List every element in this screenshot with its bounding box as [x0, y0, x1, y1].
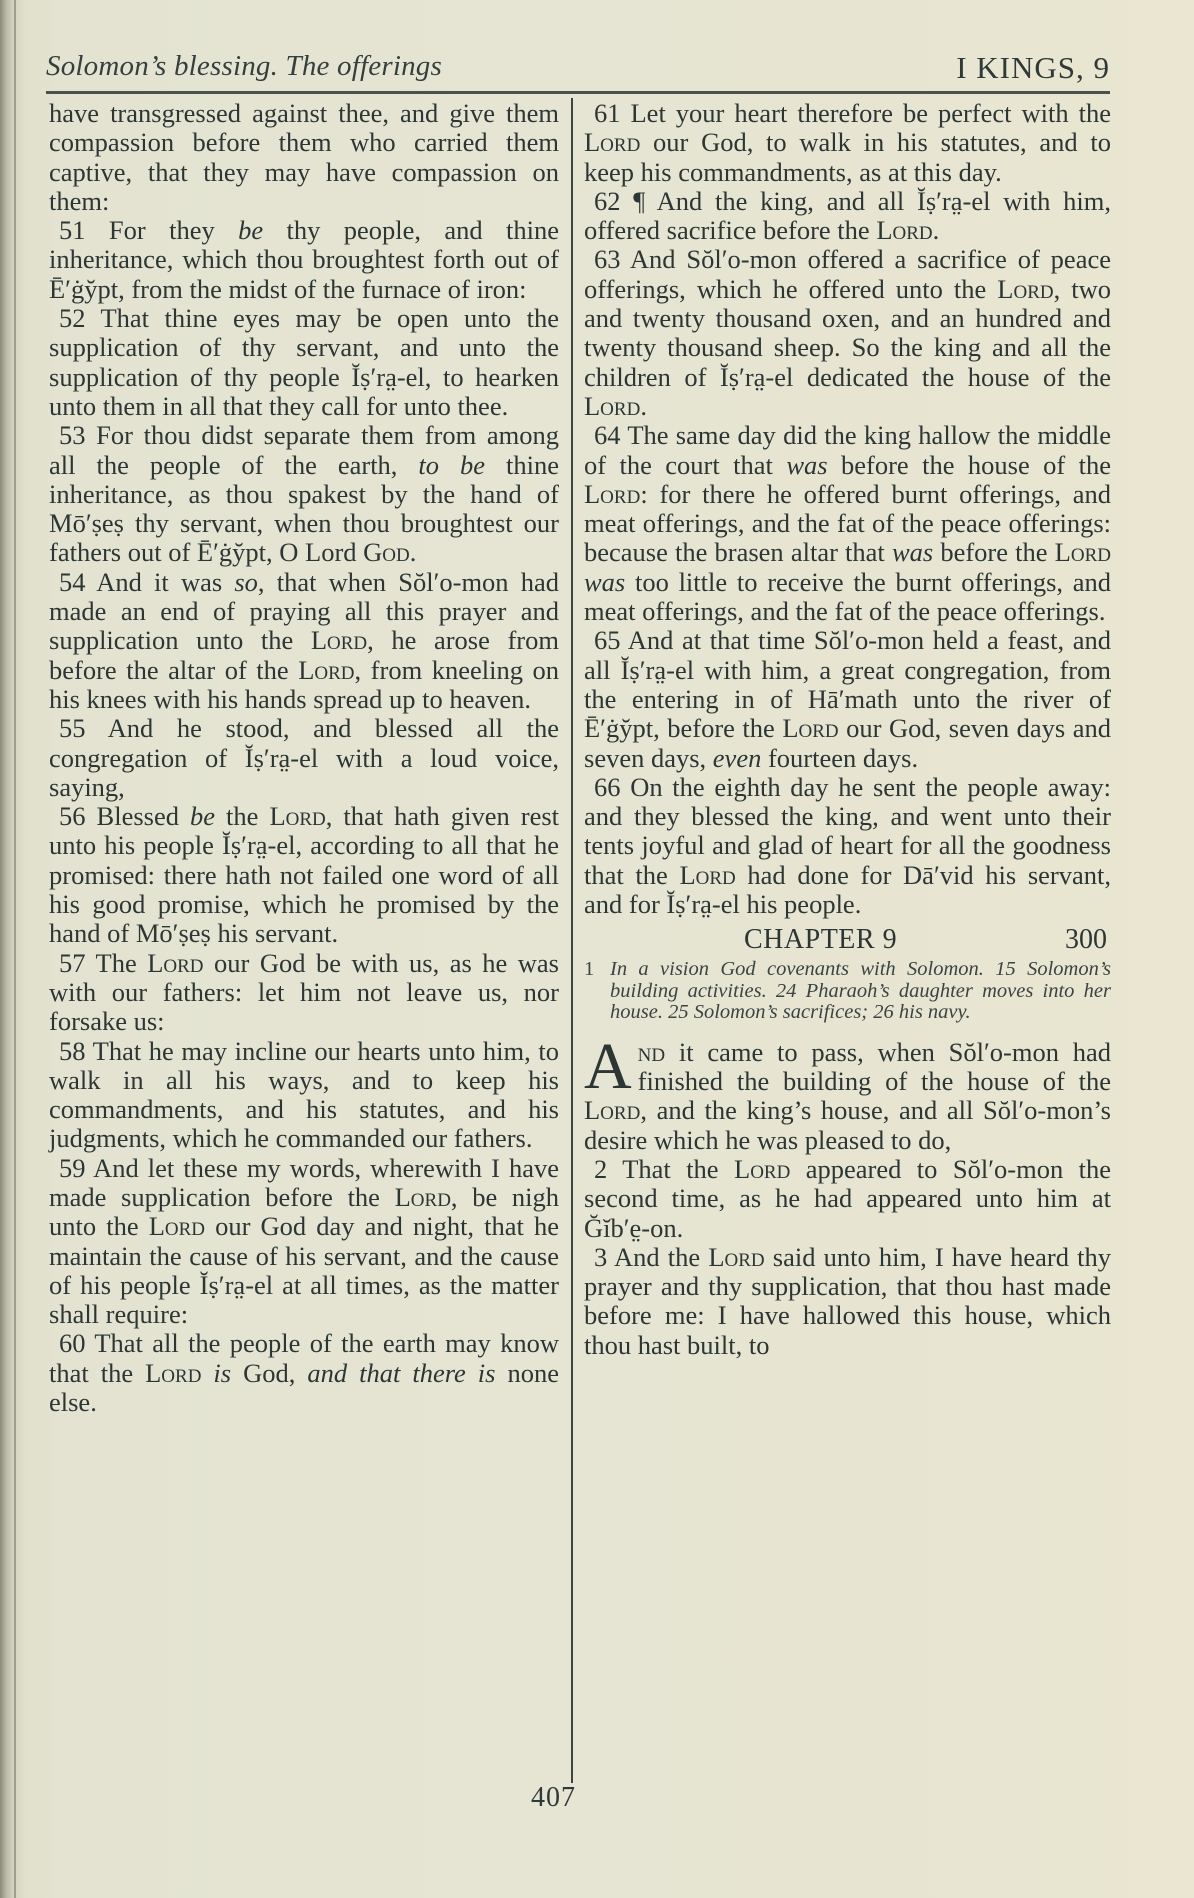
verse: 2 That the Lord appeared to Sŏl′o-mon th… — [584, 1155, 1111, 1243]
chapter-title: CHAPTER 9 — [744, 925, 897, 954]
verse-text: And the — [614, 1242, 708, 1272]
small-caps-divine-name: Lord — [395, 1182, 451, 1212]
binding-gutter — [14, 0, 16, 1898]
italic-supplied-word: and that there is — [307, 1358, 495, 1388]
italic-supplied-word: be — [190, 801, 215, 831]
verse: 59 And let these my words, wherewith I h… — [49, 1154, 559, 1330]
verse: 64 The same day did the king hallow the … — [584, 421, 1111, 626]
verse-number: 3 — [594, 1242, 614, 1272]
verse-number: 62 — [594, 186, 633, 216]
verse-text: before the house of the — [828, 450, 1111, 480]
verse: 55 And he stood, and blessed all the con… — [49, 714, 559, 802]
drop-cap-rest: nd — [638, 1037, 665, 1067]
verse-number: 64 — [594, 420, 627, 450]
verse-text: God, — [231, 1358, 307, 1388]
verse-number: 56 — [59, 801, 97, 831]
chapter-verse-1: And it came to pass, when Sŏl′o-mon had … — [584, 1038, 1111, 1155]
chapter-summary: 1In a vision God covenants with Solomon.… — [584, 959, 1111, 1024]
verse-text: our God, to walk in his statutes, and to… — [584, 127, 1111, 186]
small-caps-divine-name: Lord — [679, 860, 735, 890]
verse-text: , and the king’s house, and all Sŏl′o-mo… — [584, 1095, 1111, 1154]
verse: 52 That thine eyes may be open unto the … — [49, 304, 559, 421]
italic-supplied-word: is — [213, 1358, 231, 1388]
verse: 61 Let your heart therefore be perfect w… — [584, 99, 1111, 187]
italic-supplied-word: be — [238, 215, 263, 245]
small-caps-divine-name: Lord — [876, 215, 932, 245]
verse: 62 ¶ And the king, and all Ĭṣ′ra̤-el wit… — [584, 187, 1111, 246]
verse: 66 On the eighth day he sent the people … — [584, 773, 1111, 919]
verse-number: 58 — [59, 1036, 93, 1066]
italic-supplied-word: was — [786, 450, 827, 480]
verse-text: The — [96, 948, 148, 978]
left-column: have transgressed against thee, and give… — [49, 99, 559, 1417]
verse-list: 51 For they be thy people, and thine inh… — [49, 216, 559, 1417]
verse-text: That thine eyes may be open unto the sup… — [49, 303, 559, 421]
verse: 63 And Sŏl′o-mon offered a sacrifice of … — [584, 245, 1111, 421]
verse: 58 That he may incline our hearts unto h… — [49, 1037, 559, 1154]
verse-number: 55 — [59, 713, 108, 743]
small-caps-divine-name: Lord — [584, 127, 640, 157]
verse: 3 And the Lord said unto him, I have hea… — [584, 1243, 1111, 1360]
running-title: Solomon’s blessing. The offerings — [46, 50, 442, 83]
verse: 57 The Lord our God be with us, as he wa… — [49, 949, 559, 1037]
header-rule — [46, 91, 1110, 94]
verse-text: before the — [933, 537, 1054, 567]
small-caps-divine-name: Lord — [734, 1154, 790, 1184]
verse-text: And it was — [96, 567, 234, 597]
verse-number: 63 — [594, 244, 630, 274]
small-caps-divine-name: Lord — [269, 801, 325, 831]
verse-number: 51 — [59, 215, 109, 245]
verse-list: 61 Let your heart therefore be perfect w… — [584, 99, 1111, 919]
summary-lead-number: 1 — [584, 959, 610, 981]
verse-text: For they — [109, 215, 238, 245]
small-caps-divine-name: Lord — [147, 948, 203, 978]
italic-supplied-word: even — [713, 743, 762, 773]
page-number: 407 — [531, 1782, 576, 1814]
verse-number: 66 — [594, 772, 630, 802]
book-chapter-label: I KINGS, 9 — [956, 50, 1110, 86]
small-caps-divine-name: God — [363, 537, 410, 567]
verse-text: too little to receive the burnt offering… — [584, 567, 1111, 626]
small-caps-divine-name: Lord — [298, 655, 354, 685]
chapter-heading: CHAPTER 9 300 — [584, 925, 1111, 955]
verse-number: 61 — [594, 98, 631, 128]
verse-number: 53 — [59, 420, 96, 450]
verse-text: the — [215, 801, 269, 831]
verse-text: . — [933, 215, 940, 245]
verse: 51 For they be thy people, and thine inh… — [49, 216, 559, 304]
italic-supplied-word: was — [892, 537, 933, 567]
small-caps-divine-name: Lord — [997, 274, 1053, 304]
small-caps-divine-name: Lord — [584, 1095, 640, 1125]
verse-text — [201, 1358, 213, 1388]
verse-number: 60 — [59, 1328, 94, 1358]
italic-supplied-word: to be — [418, 450, 485, 480]
small-caps-divine-name: Lord — [708, 1242, 764, 1272]
verse-number: 54 — [59, 567, 96, 597]
verse-text: it came to pass, when Sŏl′o-mon had fini… — [638, 1037, 1111, 1096]
verse: 53 For thou didst separate them from amo… — [49, 421, 559, 567]
verse-text: And he stood, and blessed all the congre… — [49, 713, 559, 802]
small-caps-divine-name: Lord — [311, 625, 367, 655]
verse-text: . — [410, 537, 417, 567]
verse: 65 And at that time Sŏl′o-mon held a fea… — [584, 626, 1111, 772]
verse-text: That he may incline our hearts unto him,… — [49, 1036, 559, 1154]
small-caps-divine-name: Lord — [584, 391, 640, 421]
verse-number: 59 — [59, 1153, 93, 1183]
verse-text: . — [640, 391, 647, 421]
verse-text: fourteen days. — [761, 743, 918, 773]
small-caps-divine-name: Lord — [782, 713, 838, 743]
summary-text: In a vision God covenants with Solomon. … — [610, 958, 1111, 1023]
small-caps-divine-name: Lord — [149, 1211, 205, 1241]
italic-supplied-word: was — [584, 567, 625, 597]
verse-text: ¶ And the king, and all Ĭṣ′ra̤-el with h… — [584, 186, 1111, 245]
chapter-verse-list: 2 That the Lord appeared to Sŏl′o-mon th… — [584, 1155, 1111, 1360]
small-caps-divine-name: Lord — [1055, 537, 1111, 567]
verse-text: Let your heart therefore be perfect with… — [631, 98, 1112, 128]
verse-text: That the — [622, 1154, 734, 1184]
right-column: 61 Let your heart therefore be perfect w… — [584, 99, 1111, 1360]
small-caps-divine-name: Lord — [584, 479, 640, 509]
verse: 56 Blessed be the Lord, that hath given … — [49, 802, 559, 948]
italic-supplied-word: so — [234, 567, 258, 597]
verse-number: 2 — [594, 1154, 622, 1184]
verse-number: 65 — [594, 625, 628, 655]
chapter-reference-number: 300 — [1065, 925, 1107, 954]
verse-number: 57 — [59, 948, 96, 978]
verse: 54 And it was so, that when Sŏl′o-mon ha… — [49, 568, 559, 714]
drop-cap: A — [584, 1040, 632, 1094]
verse-text: Blessed — [97, 801, 190, 831]
verse-continuation: have transgressed against thee, and give… — [49, 99, 559, 216]
column-divider — [571, 98, 573, 1783]
page-header: Solomon’s blessing. The offerings I KING… — [46, 48, 1110, 88]
verse: 60 That all the people of the earth may … — [49, 1329, 559, 1417]
verse-number: 52 — [59, 303, 100, 333]
small-caps-divine-name: Lord — [145, 1358, 201, 1388]
